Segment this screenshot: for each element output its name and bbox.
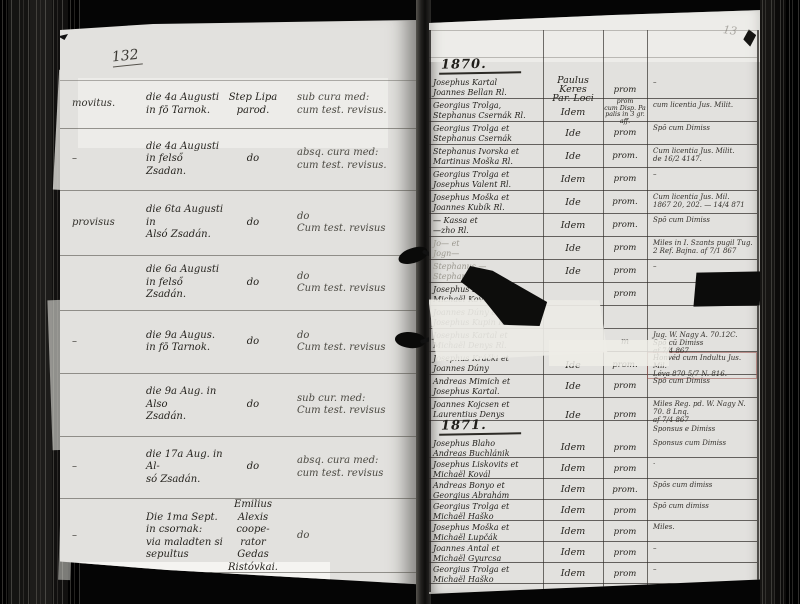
remark-cell: Spō cum dimiss: [647, 500, 757, 521]
names-cell: Georgius Trolga et Josephus Valent Rl.: [429, 168, 543, 190]
status-cell: prom: [603, 237, 647, 259]
status-cell: prom.: [603, 145, 647, 167]
book-edge-right: [760, 0, 800, 604]
register-row: Josephus Kartal Joannes Bellan Rl.Paulus…: [429, 76, 757, 99]
minister-cell: Idem: [543, 521, 603, 542]
names-cell: Josephus Liskovits et Michaël Kovál: [429, 458, 543, 479]
minister-cell: Step Lipa parod.: [225, 81, 281, 128]
register-row: die 6a Augusti in felső Zsadán.dodo Cum …: [60, 256, 416, 311]
status-cell: prom: [603, 122, 647, 144]
names-cell: Josephus Moška et Michaël Lupčák: [429, 521, 543, 542]
paper-light-band: [429, 10, 763, 62]
names-cell: Georgius Trolga et Michaël Haško: [429, 500, 543, 521]
status-cell: prom.: [603, 214, 647, 236]
minister-cell: do: [225, 437, 281, 498]
minister-cell: Emilius Alexis coope- rator Gedas Ristóv…: [225, 499, 281, 574]
date-cell: die 4a Augusti in fō Tarnok.: [140, 81, 225, 128]
names-cell: Andreas Mimich et Josephus Kartal.: [429, 375, 543, 397]
register-row: Jo— et Jogn—IdepromMiles in I. Szants pu…: [429, 237, 757, 260]
paper-patch: [549, 340, 669, 366]
status-cell: prom: [603, 168, 647, 190]
status-cell: prom: [603, 283, 647, 305]
register-row: Stephanus Ivorska et Martinus Moška Rl.I…: [429, 145, 757, 168]
remark-cell: do Cum test. revisus: [281, 191, 416, 255]
status-cell: movitus.: [60, 81, 140, 128]
register-row: Josephus Liskovits et Michaël KoválIdemp…: [429, 458, 757, 479]
minister-cell: Idem: [543, 168, 603, 190]
remark-cell: Spō cum Dimiss: [647, 214, 757, 236]
left-page-number: 132: [111, 46, 142, 67]
status-cell: prom.: [603, 479, 647, 500]
remark-cell: Cum licentia Jus. Mil. 1867 20, 202. — 1…: [647, 191, 757, 213]
right-section-0: 1870. Josephus Kartal Joannes Bellan Rl.…: [429, 60, 757, 421]
names-cell: Georgius Trolga et Michaël Haško: [429, 563, 543, 584]
names-cell: — Kassa et —zho Rl.: [429, 214, 543, 236]
names-cell: Stephanus Ivorska et Martinus Moška Rl.: [429, 145, 543, 167]
year-header-band: 1871.: [429, 421, 757, 437]
minister-cell: do: [225, 191, 281, 255]
register-row: –die 4a Augusti in felső Zsadan.doabsq. …: [60, 129, 416, 191]
status-cell: [603, 306, 647, 328]
register-row: Georgius Trolga et Michaël HaškoIdemprom…: [429, 563, 757, 584]
remark-cell: ·: [647, 458, 757, 479]
scanned-register-photo: 132 movitus.die 4a Augusti in fō Tarnok.…: [0, 0, 800, 604]
register-row: –die 9a Augus. in fō Tarnok.dodo Cum tes…: [60, 311, 416, 374]
date-cell: die 6a Augusti in felső Zsadán.: [140, 256, 225, 310]
minister-cell: Idem: [543, 458, 603, 479]
register-row: –die 17a Aug. in Al- só Zsadán.doabsq. c…: [60, 437, 416, 499]
register-row: Josephus Blaho Andreas BuchlánikIdemprom…: [429, 437, 757, 458]
remark-cell: Miles.: [647, 521, 757, 542]
remark-cell: do Cum test. revisus: [281, 256, 416, 310]
section-rows: Josephus Blaho Andreas BuchlánikIdemprom…: [429, 437, 757, 584]
remark-cell: Spō cum Dimiss: [647, 122, 757, 144]
ink-speck: [742, 29, 757, 48]
right-section-1: 1871. Josephus Blaho Andreas BuchlánikId…: [429, 421, 757, 584]
status-cell: prom: [603, 563, 647, 584]
minister-cell: Ide: [543, 260, 603, 282]
minister-cell: Idem: [543, 500, 603, 521]
names-cell: Jo— et Jogn—: [429, 237, 543, 259]
status-cell: –: [60, 129, 140, 190]
date-cell: die 9a Augus. in fō Tarnok.: [140, 311, 225, 373]
minister-cell: Ide: [543, 145, 603, 167]
minister-cell: Idem: [543, 437, 603, 458]
minister-cell: Ide: [543, 237, 603, 259]
remark-cell: –: [647, 542, 757, 563]
date-cell: die 17a Aug. in Al- só Zsadán.: [140, 437, 225, 498]
minister-cell: Ide: [543, 122, 603, 144]
status-cell: prom: [603, 437, 647, 458]
year-header: 1871.: [439, 417, 521, 435]
status-cell: prom: [603, 260, 647, 282]
remark-cell: Cum licentia Jus. Milit. de 16/2 4147.: [647, 145, 757, 167]
year-header-band: 1870.: [429, 60, 757, 76]
register-row: Andreas Mimich et Josephus Kartal.Idepro…: [429, 375, 757, 398]
names-cell: Joannes Antal et Michaël Gyurcsa: [429, 542, 543, 563]
names-cell: Georgius Trolga et Stephanus Csernák: [429, 122, 543, 144]
faint-rule: [429, 30, 757, 31]
remark-cell: Spōs cum dimiss: [647, 479, 757, 500]
status-cell: prom: [603, 542, 647, 563]
remark-cell: Miles in I. Szants pugil Tug. 2 Ref. Baj…: [647, 237, 757, 259]
minister-cell: Idem: [543, 479, 603, 500]
register-row: die 9a Aug. in Also Zsadán.dosub cur. me…: [60, 374, 416, 437]
minister-cell: Ide: [543, 375, 603, 397]
section-rows: Josephus Kartal Joannes Bellan Rl.Paulus…: [429, 76, 757, 421]
minister-cell: Idem: [543, 542, 603, 563]
remark-cell: [647, 306, 757, 328]
names-cell: Josephus Blaho Andreas Buchlánik: [429, 437, 543, 458]
status-cell: prom.: [603, 191, 647, 213]
remark-cell: absq. cura med: cum test. revisus.: [281, 129, 416, 190]
names-cell: Josephus Moška et Joannes Kubík Rl.: [429, 191, 543, 213]
date-cell: die 4a Augusti in felső Zsadan.: [140, 129, 225, 190]
left-table-rows: movitus.die 4a Augusti in fō Tarnok.Step…: [60, 80, 416, 573]
status-cell: prom: [603, 521, 647, 542]
redaction-mark: [693, 271, 762, 306]
register-row: Georgius Trolga, Stephanus Csernák Rl.Id…: [429, 99, 757, 122]
right-page: 13 1870. Josephus Kartal Joannes Bellan …: [429, 10, 763, 594]
register-row: –Die 1ma Sept. in csornak: via maladten …: [60, 499, 416, 573]
register-row: provisusdie 6ta Augusti in Alsó Zsadán.d…: [60, 191, 416, 256]
register-row: — Kassa et —zho Rl.Idemprom.Spō cum Dimi…: [429, 214, 757, 237]
minister-cell: do: [225, 256, 281, 310]
status-cell: prom: [603, 375, 647, 397]
minister-cell: do: [225, 311, 281, 373]
remark-cell: absq. cura med: cum test. revisus: [281, 437, 416, 498]
remark-cell: –: [647, 563, 757, 584]
register-row: Georgius Trolga et Stephanus CsernákIdep…: [429, 122, 757, 145]
left-page: 132 movitus.die 4a Augusti in fō Tarnok.…: [60, 20, 418, 590]
date-cell: die 6ta Augusti in Alsó Zsadán.: [140, 191, 225, 255]
status-cell: –: [60, 437, 140, 498]
status-cell: provisus: [60, 191, 140, 255]
status-cell: prom: [603, 500, 647, 521]
date-cell: die 9a Aug. in Also Zsadán.: [140, 374, 225, 436]
status-cell: –: [60, 311, 140, 373]
status-cell: [60, 256, 140, 310]
minister-cell: Idem: [543, 214, 603, 236]
remark-cell: sub cur. med: Cum test. revisus: [281, 374, 416, 436]
remark-cell: do: [281, 499, 416, 574]
year-header: 1870.: [439, 56, 521, 74]
remark-cell: Sponsus cum Dimiss: [647, 437, 757, 458]
register-row: movitus.die 4a Augusti in fō Tarnok.Step…: [60, 81, 416, 129]
register-row: Georgius Trolga et Josephus Valent Rl.Id…: [429, 168, 757, 191]
status-cell: prom: [603, 458, 647, 479]
status-cell: [60, 374, 140, 436]
minister-cell: Idem: [543, 563, 603, 584]
register-row: Andreas Bonyo et Georgius AbrahámIdempro…: [429, 479, 757, 500]
binding-gap: [416, 0, 431, 604]
register-row: Josephus Moška et Michaël LupčákIdemprom…: [429, 521, 757, 542]
minister-cell: do: [225, 374, 281, 436]
minister-cell: Ide: [543, 191, 603, 213]
register-row: Joannes Antal et Michaël GyurcsaIdemprom…: [429, 542, 757, 563]
remark-cell: sub cura med: cum test. revisus.: [281, 81, 416, 128]
names-cell: Andreas Bonyo et Georgius Abrahám: [429, 479, 543, 500]
column-rule: [757, 30, 759, 592]
remark-cell: Spō cum Dimiss: [647, 375, 757, 397]
minister-cell: do: [225, 129, 281, 190]
register-row: Josephus Moška et Joannes Kubík Rl.Idepr…: [429, 191, 757, 214]
date-cell: Die 1ma Sept. in csornak: via maladten s…: [140, 499, 225, 574]
register-row: Georgius Trolga et Michaël HaškoIdemprom…: [429, 500, 757, 521]
remark-cell: –: [647, 168, 757, 190]
